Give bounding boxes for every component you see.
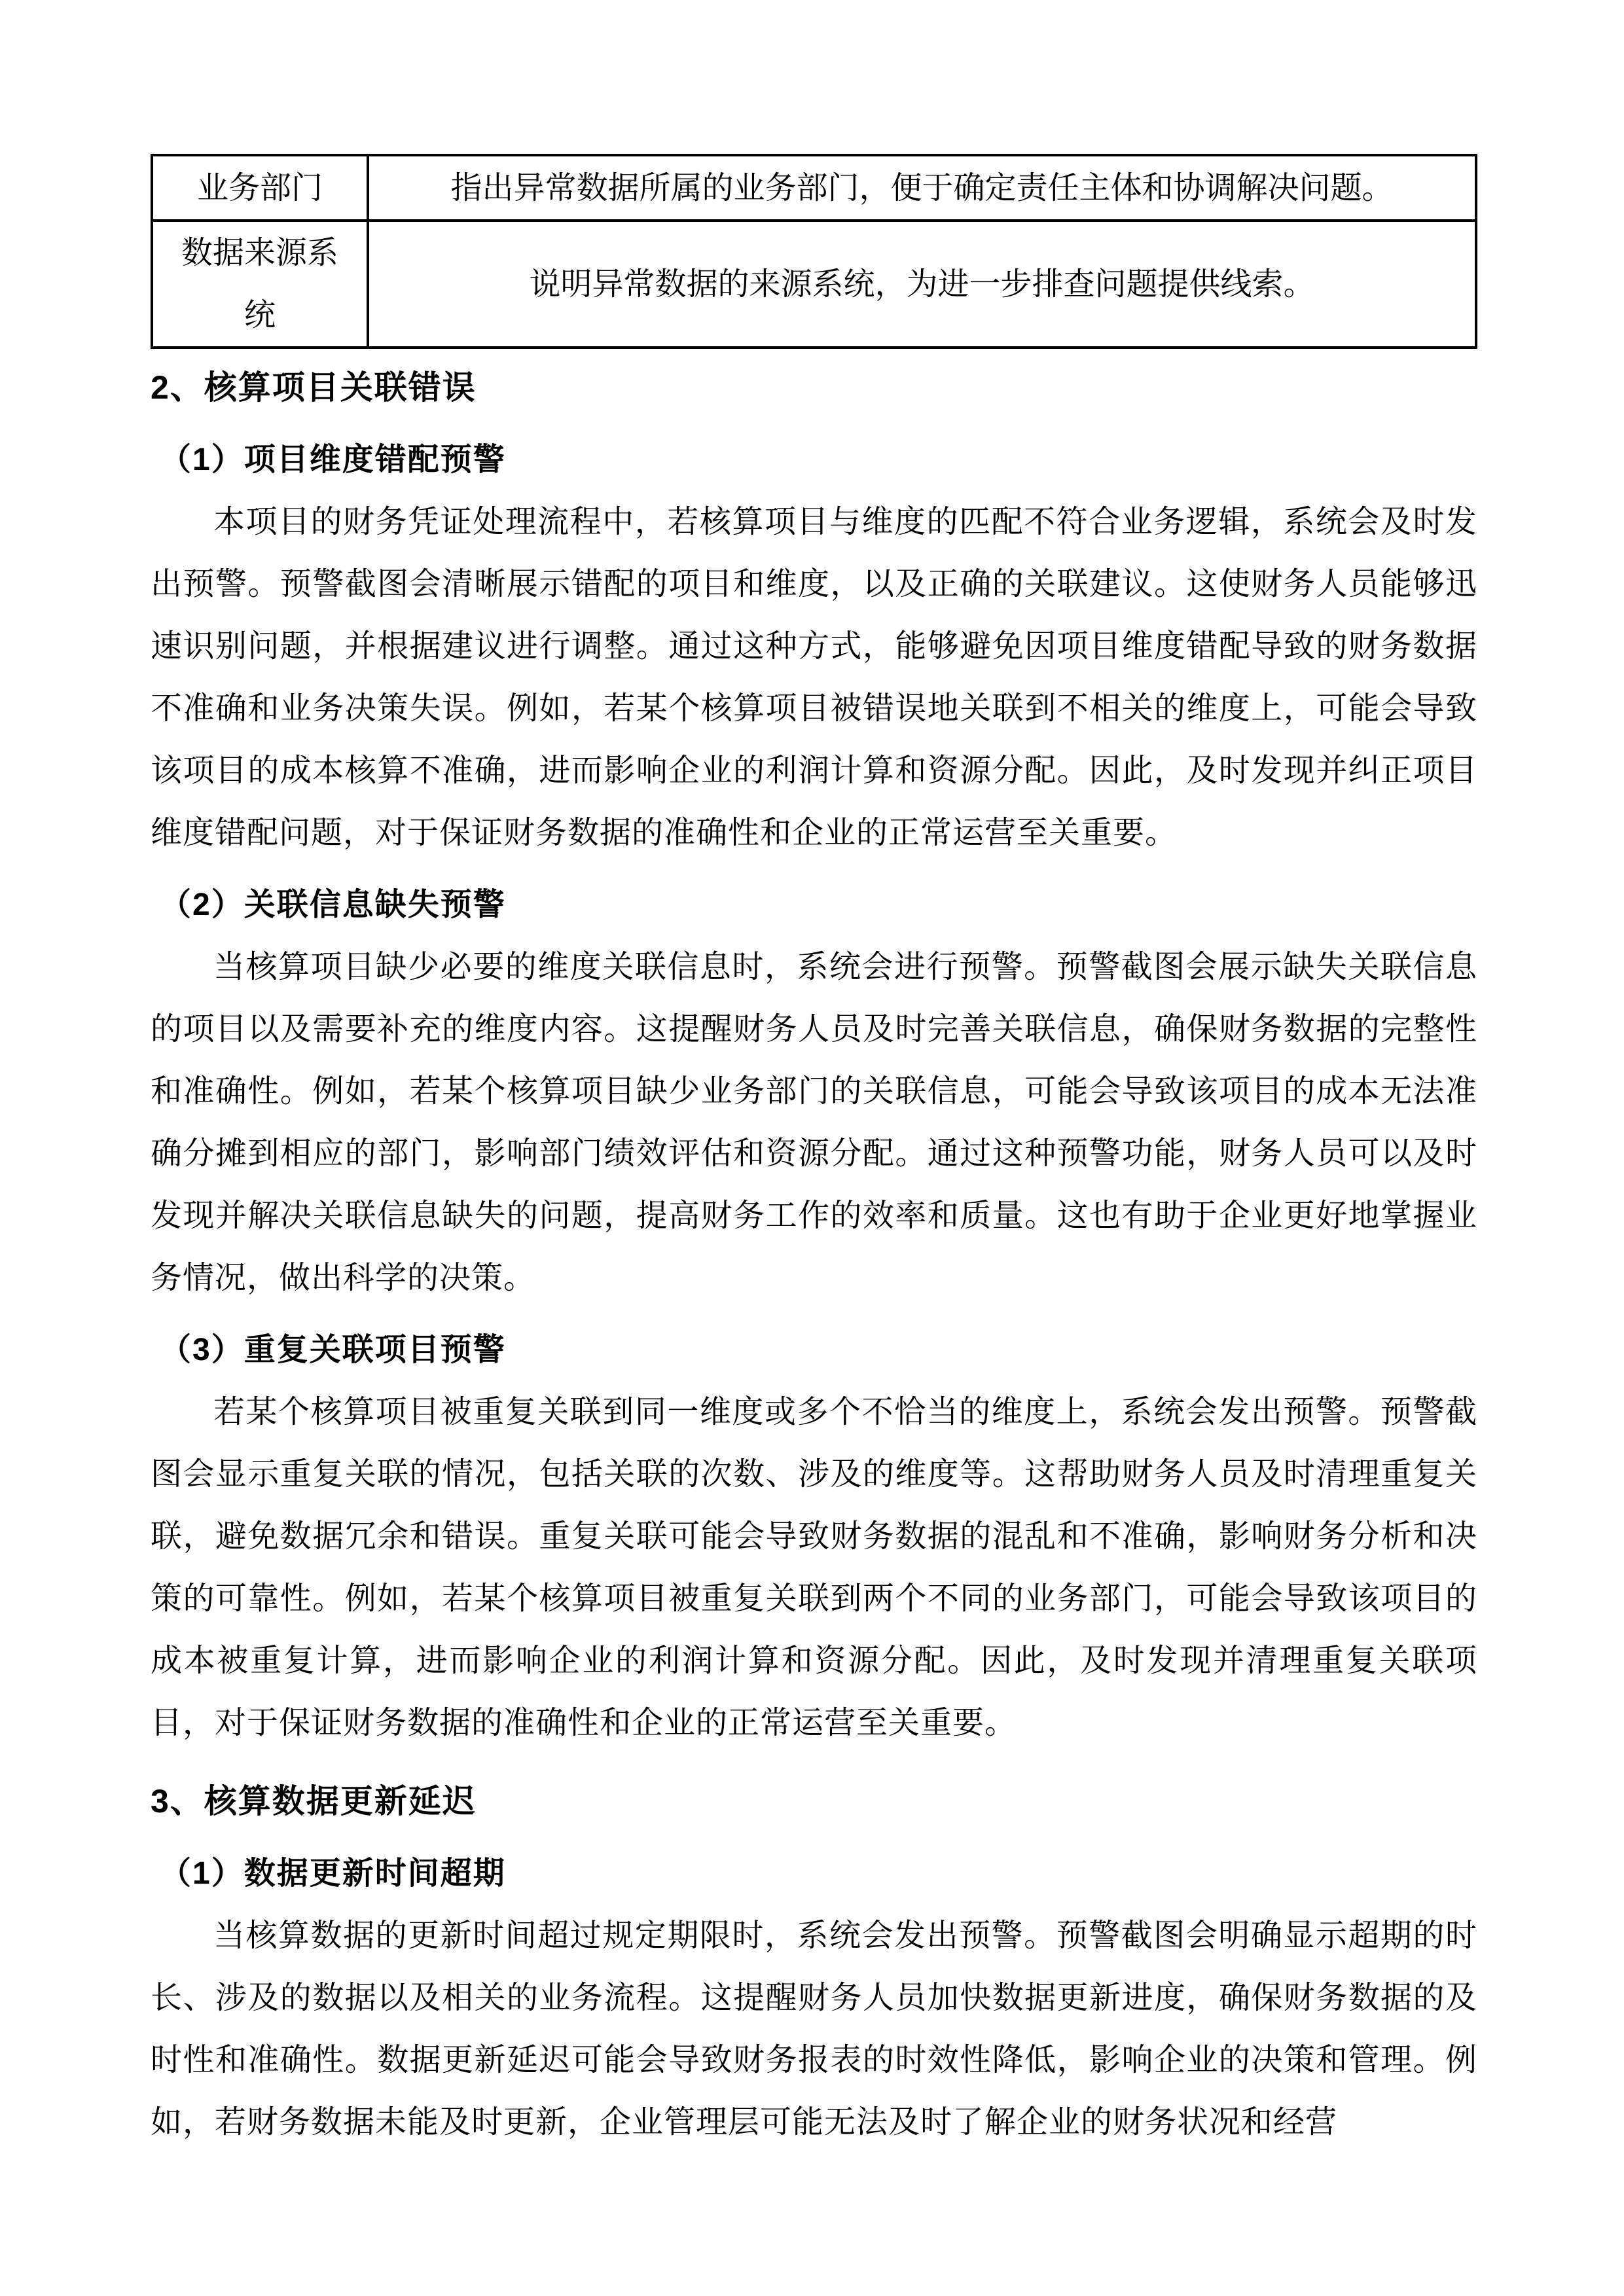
- field-description-table: 业务部门 指出异常数据所属的业务部门，便于确定责任主体和协调解决问题。 数据来源…: [151, 154, 1477, 349]
- paragraph-duplicate-association: 若某个核算项目被重复关联到同一维度或多个不恰当的维度上，系统会发出预警。预警截图…: [151, 1381, 1477, 1754]
- section-heading-data-update-delay: 3、核算数据更新延迟: [151, 1770, 1477, 1833]
- section-heading-accounting-item-association-errors: 2、核算项目关联错误: [151, 357, 1477, 419]
- subsection-heading-update-time-overdue: （1）数据更新时间超期: [151, 1842, 1477, 1905]
- paragraph-missing-association: 当核算项目缺少必要的维度关联信息时，系统会进行预警。预警截图会展示缺失关联信息的…: [151, 936, 1477, 1309]
- table-row-label: 数据来源系统: [152, 221, 368, 348]
- subsection-heading-duplicate-association-warning: （3）重复关联项目预警: [151, 1319, 1477, 1381]
- table-row-label: 业务部门: [152, 155, 368, 221]
- document-content: 业务部门 指出异常数据所属的业务部门，便于确定责任主体和协调解决问题。 数据来源…: [151, 154, 1477, 2153]
- subsection-heading-dimension-mismatch-warning: （1）项目维度错配预警: [151, 429, 1477, 491]
- table-row: 数据来源系统 说明异常数据的来源系统，为进一步排查问题提供线索。: [152, 221, 1476, 348]
- paragraph-update-time-overdue: 当核算数据的更新时间超过规定期限时，系统会发出预警。预警截图会明确显示超期的时长…: [151, 1905, 1477, 2153]
- subsection-heading-missing-association-warning: （2）关联信息缺失预警: [151, 874, 1477, 936]
- table-row: 业务部门 指出异常数据所属的业务部门，便于确定责任主体和协调解决问题。: [152, 155, 1476, 221]
- table-row-description: 指出异常数据所属的业务部门，便于确定责任主体和协调解决问题。: [368, 155, 1476, 221]
- paragraph-dimension-mismatch: 本项目的财务凭证处理流程中，若核算项目与维度的匹配不符合业务逻辑，系统会及时发出…: [151, 491, 1477, 864]
- document-page: 业务部门 指出异常数据所属的业务部门，便于确定责任主体和协调解决问题。 数据来源…: [0, 0, 1624, 2296]
- table-row-description: 说明异常数据的来源系统，为进一步排查问题提供线索。: [368, 221, 1476, 348]
